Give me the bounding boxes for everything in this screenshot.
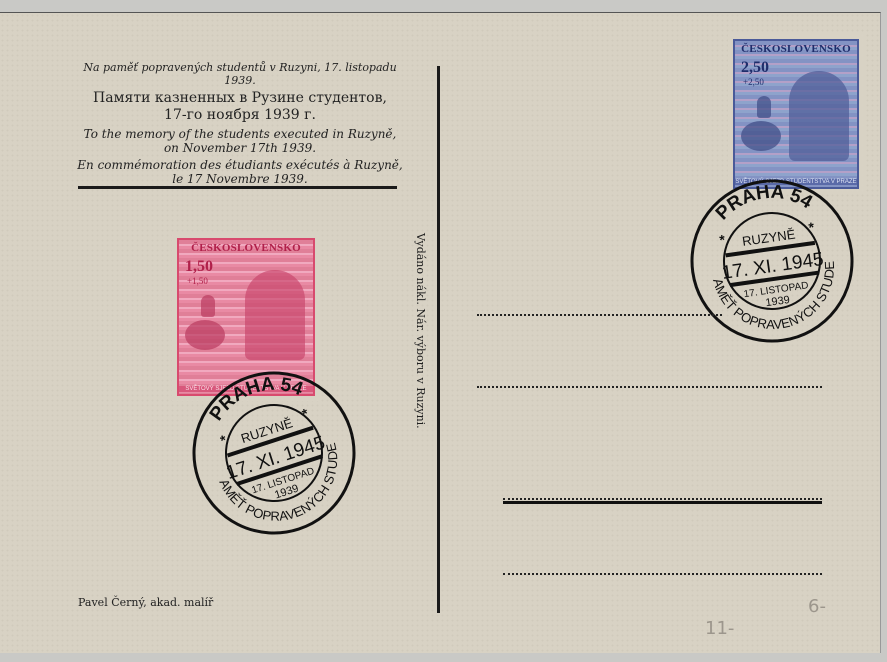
portrait-icon	[245, 270, 305, 360]
svg-text:PRAHA 54: PRAHA 54	[709, 176, 818, 226]
address-line-4	[503, 573, 822, 575]
owl-icon	[201, 295, 215, 317]
header-rule	[78, 186, 397, 189]
header-english: To the memory of the students executed i…	[70, 127, 410, 155]
star-icon: *	[808, 219, 816, 236]
vertical-imprint: Vydáno nákl. Nár. výboru v Ruzyni.	[414, 233, 427, 463]
header-english-line1: To the memory of the students executed i…	[70, 127, 410, 141]
header-french-line2: le 17 Novembre 1939.	[70, 172, 410, 186]
address-line-1	[477, 314, 722, 316]
pencil-note: 11-	[705, 618, 734, 639]
address-line-2	[477, 386, 822, 388]
header-czech: Na paměť popravených studentů v Ruzyni, …	[70, 61, 410, 87]
owl-icon	[757, 96, 771, 118]
postmark-city: PRAHA 54	[709, 176, 818, 226]
star-icon: *	[300, 405, 311, 422]
address-line-3-rule	[503, 501, 822, 504]
stamp-surcharge: +2,50	[743, 77, 764, 87]
globe-icon	[185, 320, 225, 350]
header-russian: Памяти казненных в Рузине студентов, 17-…	[70, 90, 410, 124]
stamp-country: ČESKOSLOVENSKO	[179, 242, 313, 254]
star-icon: *	[718, 231, 726, 248]
header-russian-line2: 17-го ноября 1939 г.	[70, 107, 410, 124]
center-divider	[437, 66, 440, 613]
stamp-blue: ČESKOSLOVENSKO 2,50 +2,50 SVĚTOVÝ SJEZD …	[728, 34, 864, 194]
header-french: En commémoration des étudiants exécutés …	[70, 158, 410, 186]
portrait-icon	[789, 71, 849, 161]
artist-credit: Pavel Černý, akad. malíř	[78, 596, 213, 609]
header-russian-line1: Памяти казненных в Рузине студентов,	[70, 90, 410, 107]
header-french-line1: En commémoration des étudiants exécutés …	[70, 158, 410, 172]
stamp-country: ČESKOSLOVENSKO	[735, 43, 857, 55]
postmark-right: PRAHA 54 NA PAMĚŤ POPRAVENÝCH STUDENTŮ *…	[687, 176, 857, 350]
stamp-surcharge: +1,50	[187, 276, 208, 286]
pencil-note: 6-	[808, 596, 826, 617]
address-line-3	[503, 498, 822, 500]
stamp-value: 2,50	[741, 59, 769, 77]
globe-icon	[741, 121, 781, 151]
postcard: Na paměť popravených studentů v Ruzyni, …	[0, 12, 881, 653]
header-english-line2: on November 17th 1939.	[70, 141, 410, 155]
memorial-header: Na paměť popravených studentů v Ruzyni, …	[70, 61, 410, 186]
postmark-left: PRAHA 54 NA PAMĚŤ POPRAVENÝCH STUDENTŮ *…	[189, 368, 359, 542]
stamp-value: 1,50	[185, 258, 213, 276]
